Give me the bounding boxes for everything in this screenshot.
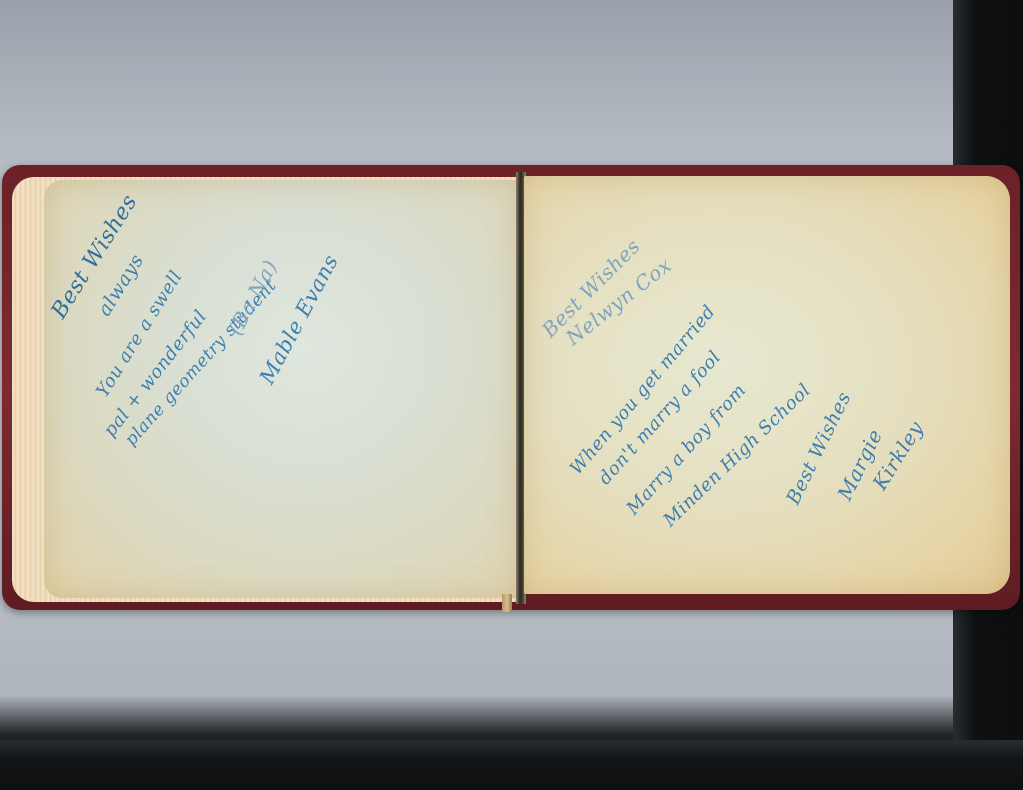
dark-background-bottom bbox=[0, 740, 1023, 790]
bookmark-ribbon bbox=[502, 594, 512, 612]
left-page: Best Wishes always You are a swell pal +… bbox=[44, 180, 518, 598]
right-page: Best Wishes Nelwyn Cox When you get marr… bbox=[524, 176, 1010, 594]
